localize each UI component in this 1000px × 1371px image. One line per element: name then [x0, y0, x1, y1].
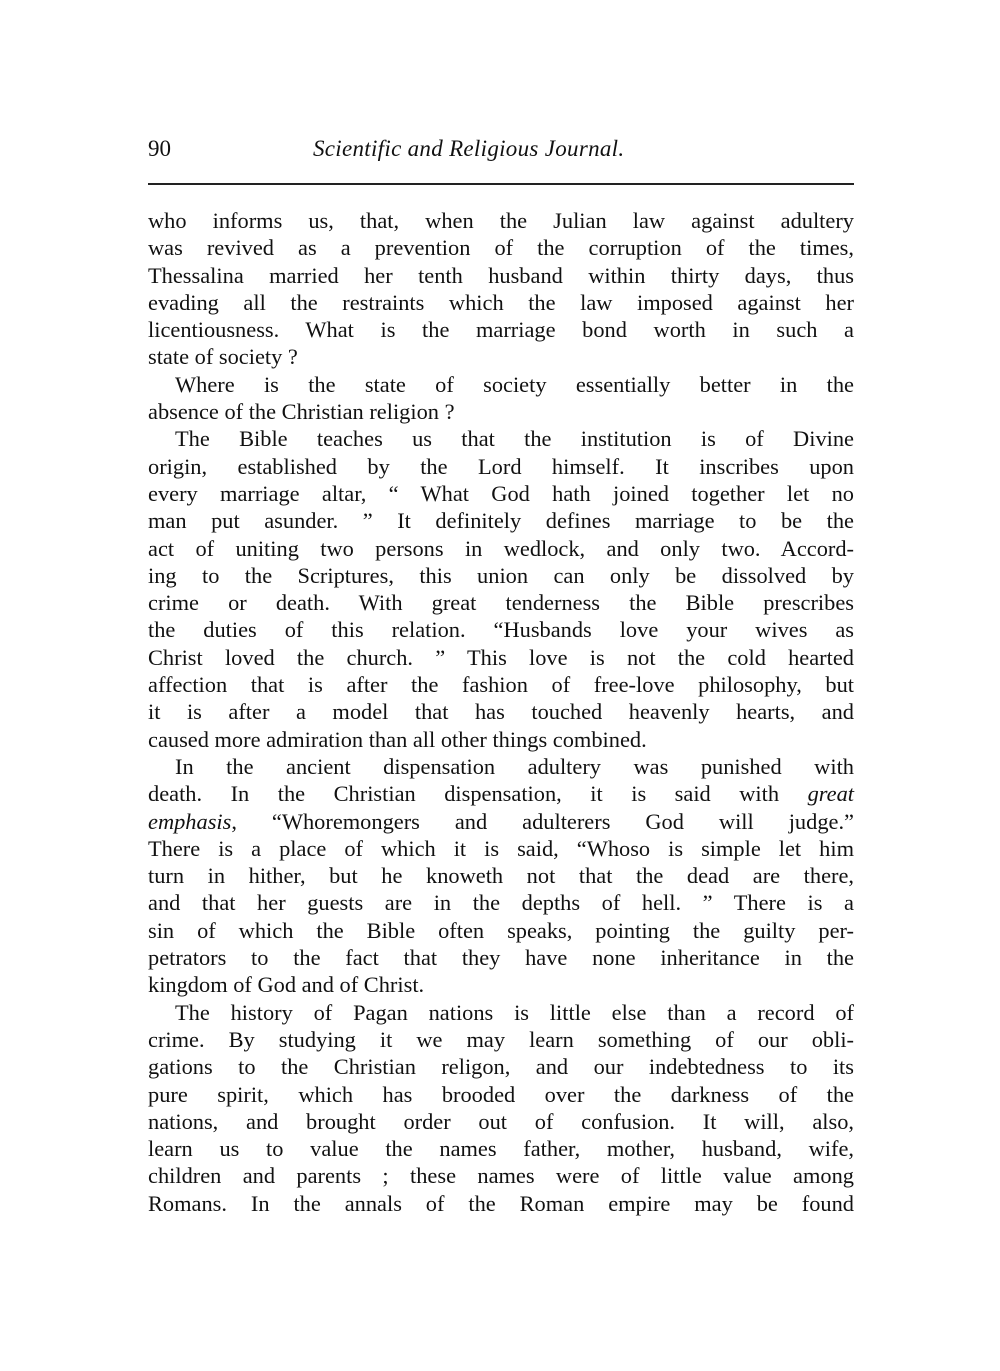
text-line: Thessalina married her tenth husband wit…	[148, 262, 854, 289]
text-line: There is a place of which it is said, “W…	[148, 835, 854, 862]
italic-text: emphasis	[148, 809, 231, 834]
text-line: pure spirit, which has brooded over the …	[148, 1081, 854, 1108]
text-line: act of uniting two persons in wedlock, a…	[148, 535, 854, 562]
text-line: crime or death. With great tenderness th…	[148, 589, 854, 616]
text-line: absence of the Christian religion ?	[148, 398, 854, 425]
text-line: crime. By studying it we may learn somet…	[148, 1026, 854, 1053]
paragraph-3: The Bible teaches us that the institutio…	[148, 425, 854, 753]
text-line: origin, established by the Lord himself.…	[148, 453, 854, 480]
text-line: ing to the Scriptures, this union can on…	[148, 562, 854, 589]
text-line: affection that is after the fashion of f…	[148, 671, 854, 698]
paragraph-4: In the ancient dispensation adultery was…	[148, 753, 854, 999]
text-line: Christ loved the church. ” This love is …	[148, 644, 854, 671]
text-fragment: death. In the Christian dispensation, it…	[148, 781, 808, 806]
text-line: The history of Pagan nations is little e…	[148, 999, 854, 1026]
text-line: petrators to the fact that they have non…	[148, 944, 854, 971]
text-line: every marriage altar, “ What God hath jo…	[148, 480, 854, 507]
text-line: death. In the Christian dispensation, it…	[148, 780, 854, 807]
text-line: emphasis, “Whoremongers and adulterers G…	[148, 808, 854, 835]
header-rule	[148, 183, 854, 185]
text-line: and that her guests are in the depths of…	[148, 889, 854, 916]
page-header: 90 Scientific and Religious Journal.	[148, 134, 854, 174]
text-line: man put asunder. ” It definitely defines…	[148, 507, 854, 534]
text-line: who informs us, that, when the Julian la…	[148, 207, 854, 234]
body-text: who informs us, that, when the Julian la…	[148, 207, 854, 1217]
text-line: turn in hither, but he knoweth not that …	[148, 862, 854, 889]
paragraph-1: who informs us, that, when the Julian la…	[148, 207, 854, 371]
paragraph-2: Where is the state of society essentiall…	[148, 371, 854, 426]
text-line: was revived as a prevention of the corru…	[148, 234, 854, 261]
text-line: licentiousness. What is the marriage bon…	[148, 316, 854, 343]
text-line: The Bible teaches us that the institutio…	[148, 425, 854, 452]
running-title: Scientific and Religious Journal.	[313, 134, 624, 164]
text-line: children and parents ; these names were …	[148, 1162, 854, 1189]
page-number: 90	[148, 134, 171, 164]
text-line: it is after a model that has touched hea…	[148, 698, 854, 725]
text-line: nations, and brought order out of confus…	[148, 1108, 854, 1135]
text-line: state of society ?	[148, 343, 854, 370]
text-line: Romans. In the annals of the Roman empir…	[148, 1190, 854, 1217]
text-fragment: , “Whoremongers and adulterers God will …	[231, 809, 854, 834]
text-line: learn us to value the names father, moth…	[148, 1135, 854, 1162]
text-line: In the ancient dispensation adultery was…	[148, 753, 854, 780]
text-line: caused more admiration than all other th…	[148, 726, 854, 753]
text-line: Where is the state of society essentiall…	[148, 371, 854, 398]
text-line: sin of which the Bible often speaks, poi…	[148, 917, 854, 944]
paragraph-5: The history of Pagan nations is little e…	[148, 999, 854, 1217]
text-line: kingdom of God and of Christ.	[148, 971, 854, 998]
text-line: gations to the Christian religon, and ou…	[148, 1053, 854, 1080]
text-line: evading all the restraints which the law…	[148, 289, 854, 316]
text-line: the duties of this relation. “Husbands l…	[148, 616, 854, 643]
italic-text: great	[808, 781, 854, 806]
